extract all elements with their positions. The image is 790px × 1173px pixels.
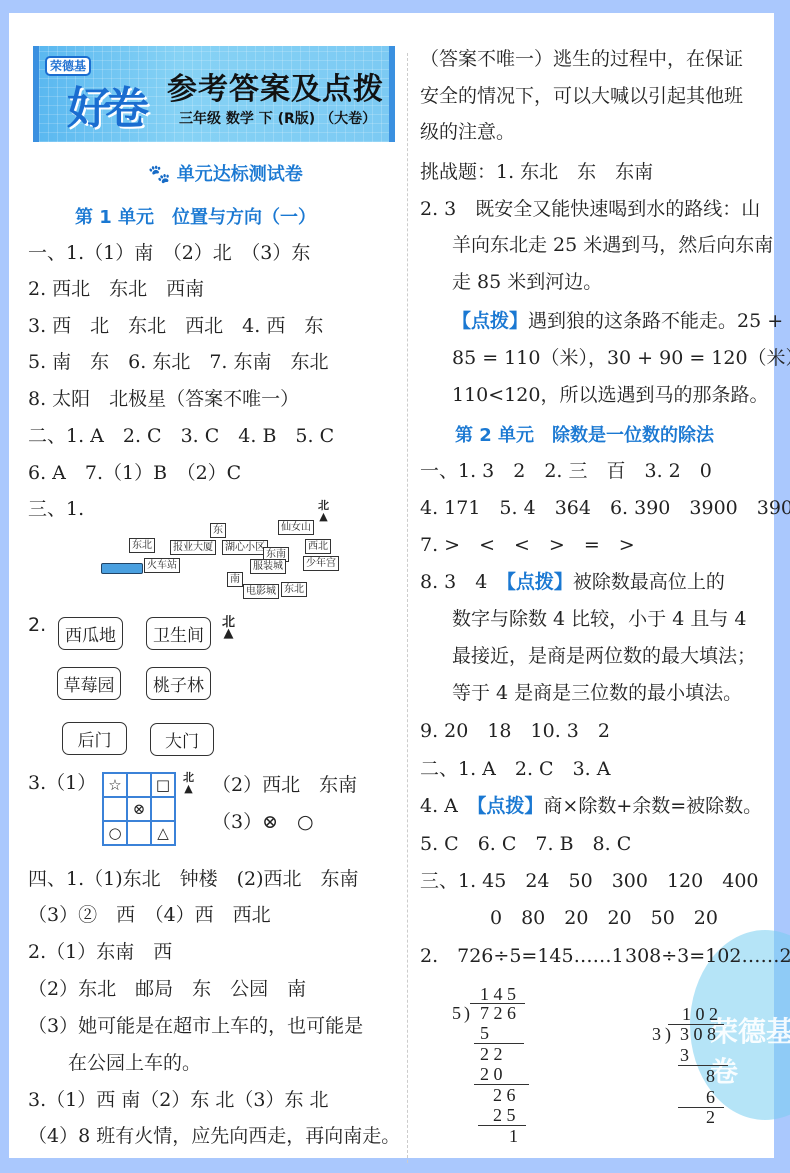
answer-line: 等于 4 是商是三位数的最小填法。	[452, 680, 742, 706]
answer-line: 6. A 7.（1）B （2）C	[28, 460, 241, 486]
answer-line: 5. 南 东 6. 东北 7. 东南 东北	[28, 349, 329, 375]
map-node: 后门	[62, 722, 127, 755]
answer-line: （3）她可能是在超市上车的，也可能是	[28, 1013, 363, 1039]
answer-line: 3.（1）西 南（2）东 北（3）东 北	[28, 1087, 329, 1113]
map-label: 湖心小区	[222, 540, 268, 555]
logo: 好卷	[67, 72, 143, 136]
hint-line: 4. A 【点拨】商×除数+余数=被除数。	[420, 793, 762, 819]
map-label: 电影城	[243, 584, 279, 599]
answer-line: 二、1. A 2. C 3. A	[420, 756, 610, 782]
bus-icon	[101, 563, 143, 574]
north-arrow-icon: 北▲	[183, 772, 194, 794]
map-label: 南	[227, 572, 243, 587]
answer-line: 羊向东北走 25 米遇到马，然后向东南	[452, 232, 773, 258]
answer-line: 0 80 20 20 50 20	[490, 905, 718, 931]
answer-line: （3）⊗ ○	[212, 809, 314, 835]
empty-cell	[127, 773, 151, 797]
hint-tag: 【点拨】	[477, 795, 544, 817]
answer-line: 数字与除数 4 比较，小于 4 且与 4	[452, 606, 746, 632]
page-title: 参考答案及点拨	[167, 64, 384, 108]
answer-line: （2）东北 邮局 东 公园 南	[28, 976, 306, 1002]
map-label: 服装城	[250, 559, 286, 574]
answer-line: 5. C 6. C 7. B 8. C	[420, 831, 631, 857]
north-arrow-icon: 北▲	[222, 617, 235, 639]
map-label: 仙女山	[278, 520, 314, 535]
circle-icon: ○	[103, 821, 127, 845]
map-node: 草莓园	[57, 667, 121, 700]
answer-line: （2）西北 东南	[212, 772, 357, 798]
question-label: 3.（1）	[28, 770, 96, 796]
answer-line: 7. > < < > = >	[420, 532, 635, 558]
equation: 2. 726÷5=145……1	[420, 943, 624, 969]
answer-line: 2. 西北 东北 西南	[28, 276, 204, 302]
answer-line: 安全的情况下，可以大喊以引起其他班	[420, 83, 743, 109]
hint-line: 【点拨】遇到狼的这条路不能走。25 +	[452, 308, 783, 334]
map-label: 东北	[281, 582, 307, 597]
answer-line: 二、1. A 2. C 3. C 4. B 5. C	[28, 423, 334, 449]
answer-line: （4）8 班有火情，应先向西走，再向南走。	[28, 1123, 400, 1149]
map-node: 西瓜地	[58, 617, 123, 650]
star-icon: ☆	[103, 773, 127, 797]
hint-tag: 【点拨】	[506, 571, 573, 593]
header-banner: 荣德基 好卷 参考答案及点拨 三年级 数学 下 (R版) （大卷）	[33, 46, 395, 142]
answer-line: 在公园上车的。	[68, 1050, 201, 1076]
map-label: 东	[210, 523, 226, 538]
answer-line: （3）② 西 （4）西 西北	[28, 902, 271, 928]
question-label: 2.	[28, 612, 46, 638]
north-arrow-icon: 北▲	[318, 500, 329, 522]
answer-line: 一、1. 3 2 2. 三 百 3. 2 0	[420, 458, 712, 484]
map-label: 东北	[129, 538, 155, 553]
equation: 308÷3=102……2	[625, 943, 790, 969]
map-node: 卫生间	[146, 617, 211, 650]
answer-line: 三、1.	[28, 496, 84, 522]
map-label: 报业大厦	[170, 540, 216, 555]
answer-line: 9. 20 18 10. 3 2	[420, 718, 610, 744]
section-title: 🐾 单元达标测试卷	[148, 160, 303, 186]
answer-line: 8. 太阳 北极星（答案不唯一）	[28, 386, 299, 412]
answer-line: （答案不唯一）逃生的过程中，在保证	[420, 46, 743, 72]
hint-tag: 【点拨】	[452, 310, 528, 332]
unit2-title: 第 2 单元 除数是一位数的除法	[455, 421, 714, 447]
answer-line: 110<120，所以选遇到马的那条路。	[452, 382, 768, 408]
answer-line: 2.（1）东南 西	[28, 939, 172, 965]
triangle-icon: △	[151, 821, 175, 845]
square-icon: □	[151, 773, 175, 797]
answer-line: 级的注意。	[420, 119, 515, 145]
map-label: 少年宫	[303, 556, 339, 571]
map-node: 大门	[150, 723, 214, 756]
map-node: 桃子林	[146, 667, 211, 700]
empty-cell	[127, 821, 151, 845]
page-subtitle: 三年级 数学 下 (R版) （大卷）	[179, 108, 376, 128]
challenge-line: 挑战题：1. 东北 东 东南	[420, 159, 653, 185]
answer-line: 最接近，是商是两位数的最大填法；	[452, 643, 756, 669]
unit1-title: 第 1 单元 位置与方向（一）	[75, 203, 316, 229]
symbol-grid: ☆ □ ⊗ ○ △	[102, 772, 176, 846]
answer-line: 85 = 110（米），30 + 90 = 120（米），	[452, 345, 790, 371]
answer-line: 走 85 米到河边。	[452, 269, 602, 295]
map-label: 火车站	[144, 558, 180, 573]
answer-line: 四、1.（1)东北 钟楼 (2)西北 东南	[28, 866, 359, 892]
empty-cell	[151, 797, 175, 821]
paw-icon: 🐾	[148, 164, 170, 185]
answer-line: 4. 171 5. 4 364 6. 390 3900 39000	[420, 495, 790, 521]
answer-line: 一、1.（1）南 （2）北 （3）东	[28, 240, 310, 266]
hint-line: 8. 3 4 【点拨】被除数最高位上的	[420, 569, 725, 595]
map-label: 西北	[305, 539, 331, 554]
answer-line: 2. 3 既安全又能快速喝到水的路线：山	[420, 196, 760, 222]
empty-cell	[103, 797, 127, 821]
circled-x-icon: ⊗	[127, 797, 151, 821]
column-divider	[407, 53, 408, 1163]
answer-line: 3. 西 北 东北 西北 4. 西 东	[28, 313, 323, 339]
answer-line: 三、1. 45 24 50 300 120 400	[420, 868, 759, 894]
